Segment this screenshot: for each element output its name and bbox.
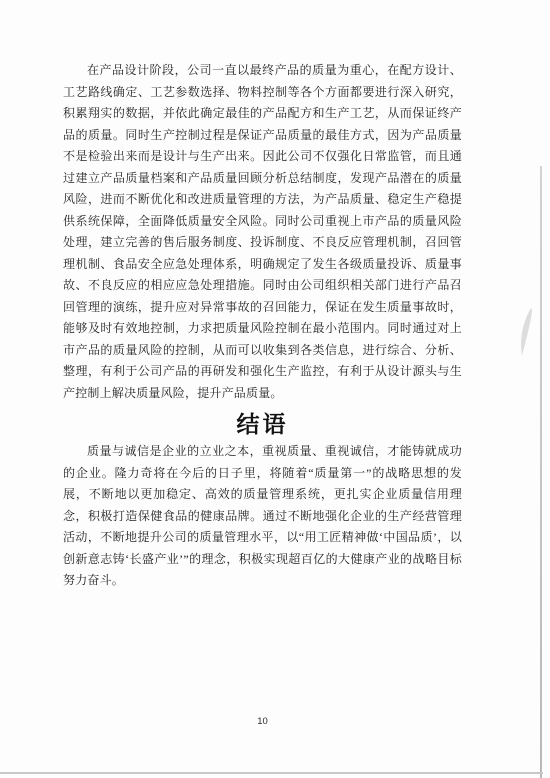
paragraph-conclusion: 质量与诚信是企业的立业之本，重视质量、重视诚信，才能铸就成功的企业。隆力奇将在今… xyxy=(63,441,462,592)
scan-page-edge-bottom xyxy=(0,772,543,774)
pen-stroke-mark xyxy=(517,306,535,360)
conclusion-heading: 结语 xyxy=(63,410,462,440)
page-number: 10 xyxy=(63,716,462,727)
scan-page-edge-right xyxy=(540,166,542,778)
page-content: 在产品设计阶段，公司一直以最终产品的质量为重心，在配方设计、工艺路线确定、工艺参… xyxy=(63,60,462,592)
document-page: 在产品设计阶段，公司一直以最终产品的质量为重心，在配方设计、工艺路线确定、工艺参… xyxy=(0,0,550,778)
paragraph-product-design-quality: 在产品设计阶段，公司一直以最终产品的质量为重心，在配方设计、工艺路线确定、工艺参… xyxy=(63,60,462,404)
